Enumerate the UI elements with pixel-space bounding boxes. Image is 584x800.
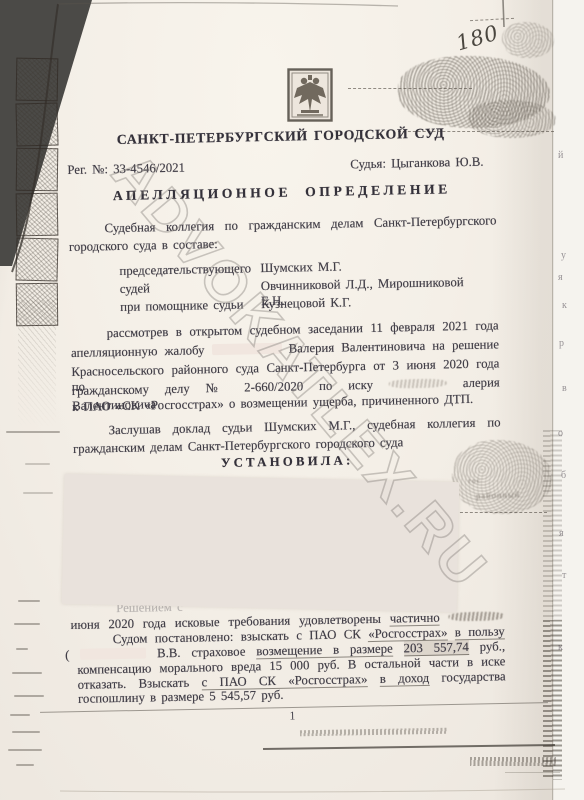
ruling-text: государства [441,669,505,684]
judge-name: Судья: Цыганкова Ю.В. [350,155,483,173]
panel-role: судей [120,281,150,296]
edge-letter: й [558,150,563,161]
edge-letter: в [562,383,567,394]
ruling-text: «Росгосстрах» [368,625,448,642]
edge-noise-band [543,430,562,620]
margin-mark [14,623,40,625]
edge-letter: к [558,642,563,653]
scanned-court-document-photo: гос районный 180 САНКТ-ПЕТЕРБУРГСКИЙ ГОР… [0,0,584,800]
margin-mark [12,672,42,674]
ruling-text: ( [65,648,70,662]
margin-mark [18,600,40,602]
edge-letter: т [562,570,566,581]
edge-letter: б [561,470,566,481]
ruling-text: частично [390,611,440,627]
margin-mark [16,764,34,766]
edge-letter: я [558,272,563,283]
ruling-text: В.В. [157,646,181,660]
court-name: САНКТ-ПЕТЕРБУРГСКИЙ ГОРОДСКОЙ СУД [67,124,495,148]
panel-name: Шумских М.Г. [260,260,342,277]
strikeout-smudge [448,611,504,621]
edge-letter: к [562,300,567,311]
edge-letter: у [561,250,566,261]
ruling-text: страховое [191,645,245,660]
erased-name-smudge [389,378,447,388]
case-text: апелляционную жалобу [71,343,205,360]
margin-mark [12,731,40,733]
panel-row: судей Овчинниковой Л.Д., Мирошниковой Е.… [120,275,480,297]
ruling-text: в пользу [455,624,505,640]
margin-mark [14,695,44,697]
edge-letter: о [558,428,563,439]
margin-mark [10,714,30,716]
redaction-box [80,648,146,660]
margin-mark [8,749,42,751]
ruling-amount: 203 557,74 [403,640,469,656]
edge-letter: р [559,338,564,349]
margin-mark [16,648,28,650]
ruling-text: руб., [480,639,506,654]
edge-letter: я [559,528,564,539]
